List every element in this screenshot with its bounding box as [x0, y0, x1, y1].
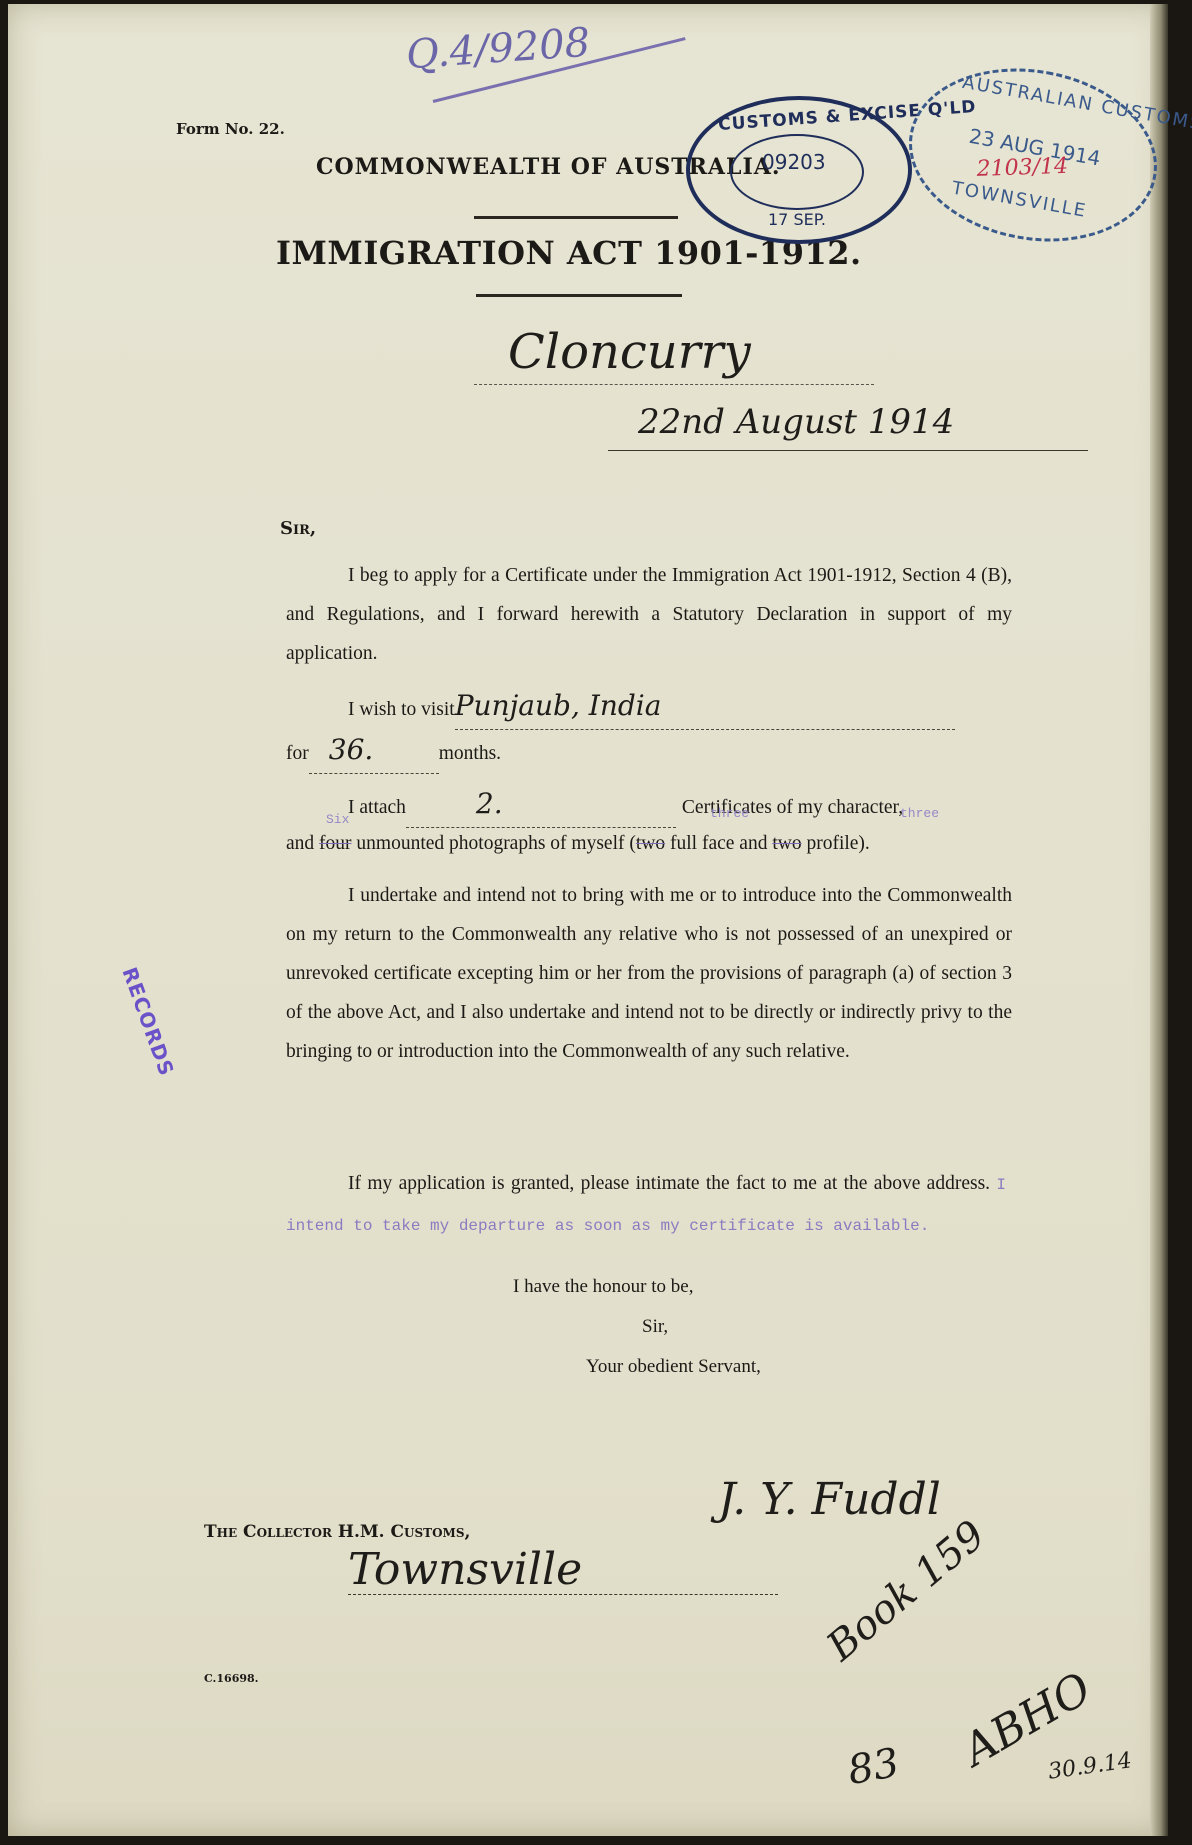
paragraph-undertaking: I undertake and intend not to bring with…	[286, 876, 1012, 1071]
note-book: Book 159	[818, 1512, 994, 1670]
note-date: 30.9.14	[1047, 1748, 1134, 1784]
australian-customs-stamp: AUSTRALIAN CUSTOMS 23 AUG 1914 2103/14 T…	[895, 50, 1171, 261]
stamp-bottom-text: TOWNSVILLE	[950, 178, 1088, 222]
paragraph-application: I beg to apply for a Certificate under t…	[286, 556, 1012, 673]
typed-three-full: three	[710, 806, 749, 821]
applicant-signature: J. Y. Fuddl	[718, 1474, 941, 1525]
page-edge	[1150, 4, 1168, 1836]
stamp-red-annotation: 2103/14	[976, 154, 1068, 182]
form-number: Form No. 22.	[176, 120, 285, 138]
attach-field: 2.	[406, 784, 676, 828]
visit-destination: Punjaub, India	[455, 689, 662, 722]
closing-sir: Sir,	[642, 1316, 668, 1338]
months-line: for36.months.	[286, 730, 1012, 774]
months-field: 36.	[309, 730, 439, 774]
photos-end: profile).	[806, 833, 869, 854]
closing-honour: I have the honour to be,	[513, 1276, 693, 1298]
paragraph-intimate: If my application is granted, please int…	[286, 1164, 1006, 1246]
divider	[476, 294, 682, 297]
document-page: Q.4/9208 Form No. 22. COMMONWEALTH OF AU…	[8, 4, 1168, 1836]
closing-servant: Your obedient Servant,	[586, 1356, 761, 1378]
salutation: Sir,	[280, 518, 316, 539]
visit-field: Punjaub, India	[455, 686, 955, 730]
photos-middle: unmounted photographs of myself (	[356, 833, 635, 854]
intimate-printed: If my application is granted, please int…	[348, 1173, 990, 1194]
records-stamp: RECORDS	[117, 964, 179, 1079]
photos-count-struck: four	[319, 833, 352, 854]
addressee-place-handwritten: Townsville	[348, 1544, 582, 1595]
customs-excise-stamp: CUSTOMS & EXCISE Q'LD 09203 17 SEP.	[686, 96, 912, 244]
profile-struck: two	[772, 833, 801, 854]
visit-line: I wish to visitPunjaub, India	[286, 686, 1012, 730]
for-prefix: for	[286, 743, 309, 764]
typed-three-profile: three	[900, 806, 939, 821]
place-handwritten: Cloncurry	[508, 324, 751, 380]
place-line	[474, 384, 874, 385]
months-value: 36.	[309, 733, 374, 766]
full-face-struck: two	[636, 833, 665, 854]
photos-mid2: full face and	[670, 833, 767, 854]
date-handwritten: 22nd August 1914	[638, 402, 954, 442]
attach-count: 2.	[406, 787, 503, 820]
photos-line: and four unmounted photographs of myself…	[286, 824, 1012, 863]
addressee: The Collector H.M. Customs,	[204, 1522, 470, 1542]
print-code: C.16698.	[204, 1672, 259, 1685]
stamp-date: 17 SEP.	[768, 210, 826, 229]
addressee-line	[348, 1594, 778, 1595]
note-number: 83	[844, 1740, 902, 1794]
visit-prefix: I wish to visit	[286, 699, 455, 720]
photos-prefix: and	[286, 833, 314, 854]
stamp-number: 09203	[762, 150, 826, 174]
months-suffix: months.	[439, 743, 501, 764]
divider	[474, 216, 678, 219]
date-line	[608, 450, 1088, 451]
